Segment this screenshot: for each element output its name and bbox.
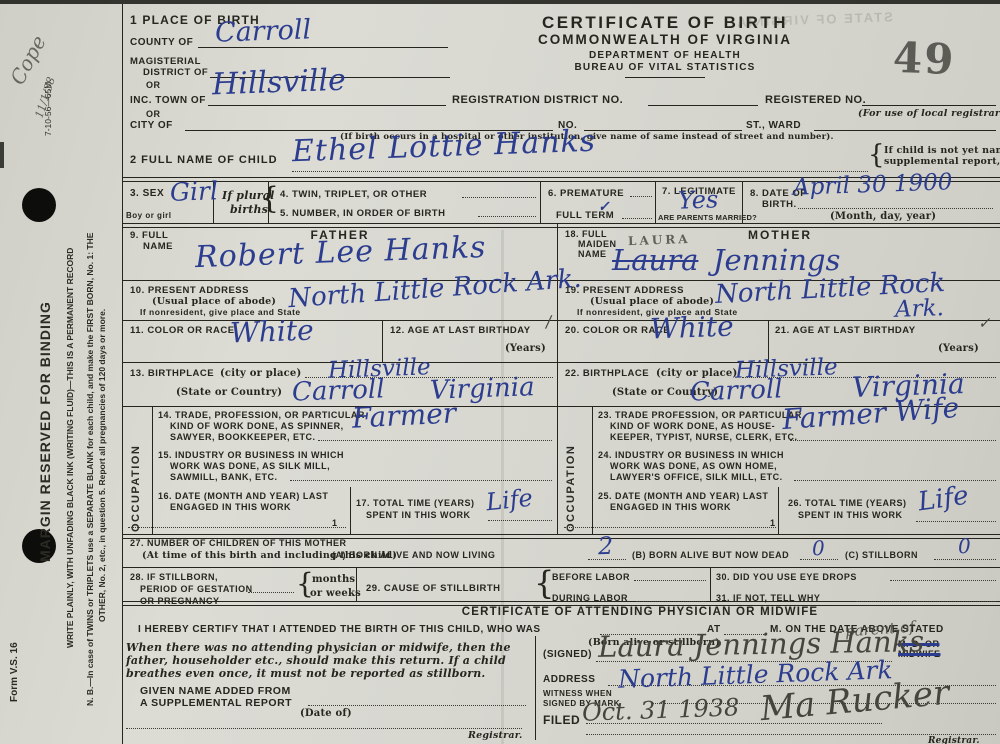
stillborn-gestation-line	[248, 592, 294, 593]
filed-date-value: Oct. 31 1938	[582, 695, 740, 724]
father-birthplace-sub2: (State or Country)	[176, 388, 282, 398]
children-c-value: 0	[958, 536, 971, 556]
divider-occ-label-left	[152, 406, 153, 535]
mother-birthplace-label: 22. BIRTHPLACE	[565, 369, 649, 379]
father-date-last-label-2: ENGAGED IN THIS WORK	[170, 503, 291, 512]
divider-1617	[350, 487, 351, 535]
father-trade-value: Farmer	[351, 399, 456, 432]
mother-total-time-label-2: SPENT IN THIS WORK	[798, 511, 903, 520]
or-label-1: OR	[146, 81, 161, 90]
divider-sex-4	[655, 181, 656, 224]
mother-trade-label-3: KEEPER, TYPIST, NURSE, CLERK, ETC.	[610, 433, 798, 442]
inc-town-line	[208, 105, 446, 106]
st-ward-line	[814, 130, 996, 131]
hole-punch-top	[22, 188, 56, 222]
father-race-value: White	[230, 317, 315, 348]
premature-line	[630, 196, 652, 197]
signed-label: (SIGNED)	[543, 650, 592, 660]
mother-race-value: White	[650, 313, 735, 344]
divider-stillborn-2	[710, 567, 711, 602]
father-row-mark: 1	[332, 519, 338, 528]
mother-trade-line	[790, 440, 996, 441]
filed-label: FILED	[543, 714, 580, 726]
children-c-line	[934, 559, 996, 560]
mother-occupation-vertical-label: OCCUPATION	[566, 445, 577, 532]
legitimate-value: Yes	[678, 187, 719, 212]
mother-section-title: MOTHER	[700, 229, 860, 241]
bureau-title: BUREAU OF VITAL STATISTICS	[500, 63, 830, 73]
county-label: COUNTY OF	[130, 38, 193, 48]
father-industry-line	[290, 480, 552, 481]
mother-name-label-2: MAIDEN	[578, 240, 617, 249]
father-birthplace-label: 13. BIRTHPLACE	[130, 369, 214, 379]
father-address-sub1: (Usual place of abode)	[152, 297, 276, 307]
dob-sub-label: (Month, day, year)	[830, 212, 936, 222]
mother-trade-value: Farmer Wife	[781, 394, 960, 434]
child-name-value: Ethel Lottie Hanks	[292, 127, 597, 168]
witness-label-1: WITNESS WHEN	[543, 690, 612, 698]
child-name-label: 2 FULL NAME OF CHILD	[130, 155, 278, 166]
commonwealth-title: COMMONWEALTH OF VIRGINIA	[500, 33, 830, 47]
children-b-value: 0	[812, 538, 825, 558]
mother-date-last-line	[564, 527, 776, 528]
date-of-sub-label: (Date of)	[300, 709, 352, 719]
during-labor-line	[636, 601, 706, 602]
if-not-line	[856, 601, 996, 602]
registration-district-label: REGISTRATION DISTRICT NO.	[452, 95, 623, 106]
mother-total-time-label-1: 26. TOTAL TIME (YEARS)	[788, 499, 907, 508]
unnamed-note-line1: If child is not yet named, make	[884, 146, 1000, 156]
plural-brace: {	[260, 184, 279, 214]
rule-under-race	[122, 362, 1000, 363]
bureau-underline	[625, 77, 705, 78]
father-name-label-1: 9. FULL	[130, 231, 168, 241]
margin-nb-note-line1: N. B.—In case of TWINS or TRIPLETS use a…	[86, 233, 95, 706]
given-name-label-2: A SUPPLEMENTAL REPORT	[140, 698, 292, 709]
mother-industry-label-3: LAWYER'S OFFICE, SILK MILL, ETC.	[610, 473, 783, 482]
father-total-time-line	[488, 520, 552, 521]
father-age-sub: (Years)	[505, 344, 546, 354]
child-name-line	[292, 171, 868, 172]
dob-label-2: BIRTH.	[762, 200, 797, 210]
physician-note: When there was no attending physician or…	[126, 641, 538, 681]
mother-date-last-label-2: ENGAGED IN THIS WORK	[610, 503, 731, 512]
physician-address-label: ADDRESS	[543, 675, 595, 685]
father-trade-label-3: SAWYER, BOOKKEEPER, ETC.	[170, 433, 316, 442]
cause-stillbirth-label: 29. CAUSE OF STILLBIRTH	[366, 584, 500, 594]
scan-left-tick	[0, 142, 4, 168]
rule-under-children-row	[122, 567, 1000, 568]
children-b-label: (B) BORN ALIVE BUT NOW DEAD	[632, 551, 789, 560]
mother-industry-label-2: WORK WAS DONE, AS OWN HOME,	[610, 462, 777, 471]
stillborn-label-1: 28. IF STILLBORN,	[130, 573, 218, 582]
mother-address-value-2: Ark.	[895, 297, 945, 322]
given-name-line	[308, 705, 526, 706]
divider-sex-3	[540, 181, 541, 224]
registrar-label-left: Registrar.	[468, 731, 523, 741]
inc-town-value: Hillsville	[212, 66, 347, 101]
divider-occ-label-right	[592, 406, 593, 535]
filed-line-2	[586, 734, 996, 735]
registrar-label-right: Registrar.	[928, 737, 980, 744]
children-label-1: 27. NUMBER OF CHILDREN OF THIS MOTHER	[130, 539, 347, 548]
physician-title: CERTIFICATE OF ATTENDING PHYSICIAN OR MI…	[360, 607, 920, 619]
margin-form-number: Form V.S. 16	[10, 642, 20, 702]
stillborn-label-3: OR PREGNANCY	[140, 597, 220, 606]
before-labor-label: BEFORE LABOR	[552, 573, 630, 582]
registrar-line-left	[126, 728, 522, 729]
sex-sub-label: Boy or girl	[126, 212, 172, 220]
registration-district-line	[648, 105, 758, 106]
st-ward-label: ST., WARD	[746, 121, 801, 131]
mother-birthplace-county: Carroll	[690, 376, 783, 405]
children-c-label: (C) STILLBORN	[845, 551, 918, 560]
before-labor-line	[634, 580, 706, 581]
father-industry-label-1: 15. INDUSTRY OR BUSINESS IN WHICH	[158, 451, 344, 460]
scan-top-edge	[0, 0, 1000, 4]
father-total-time-label-2: SPENT IN THIS WORK	[366, 511, 471, 520]
certify-text: I HEREBY CERTIFY THAT I ATTENDED THE BIR…	[138, 625, 541, 635]
mother-name-label-1: 18. FULL	[565, 230, 607, 239]
father-trade-label-1: 14. TRADE, PROFESSION, OR PARTICULAR	[158, 411, 365, 420]
registered-no-line	[862, 105, 996, 106]
mother-total-time-value: Life	[916, 483, 970, 516]
twin-line	[462, 197, 536, 198]
stillborn-label-2: PERIOD OF GESTATION	[140, 585, 253, 594]
city-no-line	[584, 130, 742, 131]
father-name-value: Robert Lee Hanks	[195, 233, 487, 273]
father-trade-label-2: KIND OF WORK DONE, AS SPINNER,	[170, 422, 344, 431]
divider-2526	[778, 487, 779, 535]
eye-drops-label: 30. DID YOU USE EYE DROPS	[716, 573, 857, 582]
full-term-check-mark: ✓	[598, 200, 610, 214]
father-date-last-label-1: 16. DATE (MONTH AND YEAR) LAST	[158, 492, 328, 501]
father-total-time-label-1: 17. TOTAL TIME (YEARS)	[356, 499, 475, 508]
sex-value: Girl	[170, 178, 219, 205]
county-value: Carroll	[215, 16, 312, 46]
father-trade-line	[318, 440, 552, 441]
mother-years-pencil-check: ✓	[978, 316, 991, 331]
city-label: CITY OF	[130, 121, 173, 131]
father-age-label: 12. AGE AT LAST BIRTHDAY	[390, 326, 531, 336]
during-labor-label: DURING LABOR	[552, 594, 628, 603]
mother-address-sub1: (Usual place of abode)	[590, 297, 714, 307]
dob-line	[798, 208, 993, 209]
twin-label: 4. TWIN, TRIPLET, OR OTHER	[280, 190, 427, 200]
mother-name-value: Laura Jennings	[612, 246, 840, 275]
registered-no-label: REGISTERED NO.	[765, 95, 866, 106]
father-address-value: North Little Rock Ark.	[287, 266, 582, 312]
margin-pencil-date: 11/1/38	[33, 76, 57, 120]
father-race-label: 11. COLOR OR RACE	[130, 326, 235, 336]
or-label-2: OR	[146, 110, 161, 119]
children-a-value: 2	[598, 534, 614, 559]
mother-industry-label-1: 24. INDUSTRY OR BUSINESS IN WHICH	[598, 451, 784, 460]
mother-trade-label-1: 23. TRADE PROFESSION, OR PARTICULAR	[598, 411, 802, 420]
father-name-label-2: NAME	[143, 242, 173, 252]
father-years-pencil-mark: /	[546, 314, 552, 330]
inc-town-label: INC. TOWN OF	[130, 96, 206, 106]
mother-age-label: 21. AGE AT LAST BIRTHDAY	[775, 326, 916, 336]
form-left-border	[122, 4, 123, 744]
full-term-line	[622, 218, 652, 219]
unnamed-note-line2: supplemental report, as directed	[884, 157, 1000, 167]
father-total-time-value: Life	[485, 486, 534, 515]
father-date-last-line	[128, 527, 346, 528]
department-title: DEPARTMENT OF HEALTH	[500, 51, 830, 61]
mother-name-label-3: NAME	[578, 250, 607, 259]
father-birthplace-sub1: (city or place)	[220, 369, 301, 379]
given-name-label-1: GIVEN NAME ADDED FROM	[140, 686, 291, 697]
months-label: months	[312, 575, 355, 585]
rule-under-sex-row	[122, 223, 1000, 228]
order-label: 5. NUMBER, IN ORDER OF BIRTH	[280, 209, 445, 219]
stamp-number: 49	[892, 33, 956, 84]
order-line	[478, 216, 536, 217]
mother-trade-label-2: KIND OF WORK DONE, AS HOUSE-	[610, 422, 775, 431]
father-industry-label-2: WORK WAS DONE, AS SILK MILL,	[170, 462, 330, 471]
mother-age-sub: (Years)	[938, 344, 979, 354]
father-industry-label-3: SAWMILL, BANK, ETC.	[170, 473, 278, 482]
mother-maiden-first-struck: Laura	[612, 243, 698, 277]
mother-maiden-last: Jennings	[713, 243, 841, 277]
premature-label: 6. PREMATURE	[548, 189, 624, 199]
mother-date-last-label-1: 25. DATE (MONTH AND YEAR) LAST	[598, 492, 768, 501]
if-not-label: 31. IF NOT, TELL WHY	[716, 594, 820, 603]
children-a-label: (A) BORN ALIVE AND NOW LIVING	[332, 551, 495, 560]
weeks-label: or weeks	[310, 589, 361, 599]
margin-binding-text: MARGIN RESERVED FOR BINDING	[38, 301, 52, 562]
birth-certificate-scan: MARGIN RESERVED FOR BINDING WRITE PLAINL…	[0, 0, 1000, 744]
parents-married-label: ARE PARENTS MARRIED?	[658, 214, 757, 222]
margin-write-plainly-text: WRITE PLAINLY, WITH UNFADING BLACK INK (…	[66, 248, 75, 648]
mother-row-mark: 1	[770, 519, 776, 528]
registrar-use-note: (For use of local registrar.)	[858, 109, 1000, 119]
mother-total-time-line	[916, 521, 996, 522]
father-occupation-vertical-label: OCCUPATION	[131, 445, 142, 532]
eye-drops-line	[890, 580, 996, 581]
father-address-label: 10. PRESENT ADDRESS	[130, 286, 249, 296]
magisterial-label-1: MAGISTERIAL	[130, 57, 201, 67]
magisterial-label-2: DISTRICT OF	[143, 68, 208, 78]
dob-value: April 30 1900	[793, 171, 953, 200]
unnamed-note-brace: {	[868, 142, 885, 168]
mother-address-label: 19. PRESENT ADDRESS	[565, 286, 684, 296]
sex-label: 3. SEX	[130, 189, 164, 199]
margin-nb-note-line2: OTHER, No. 2, etc., in question 5. Repor…	[98, 309, 107, 622]
